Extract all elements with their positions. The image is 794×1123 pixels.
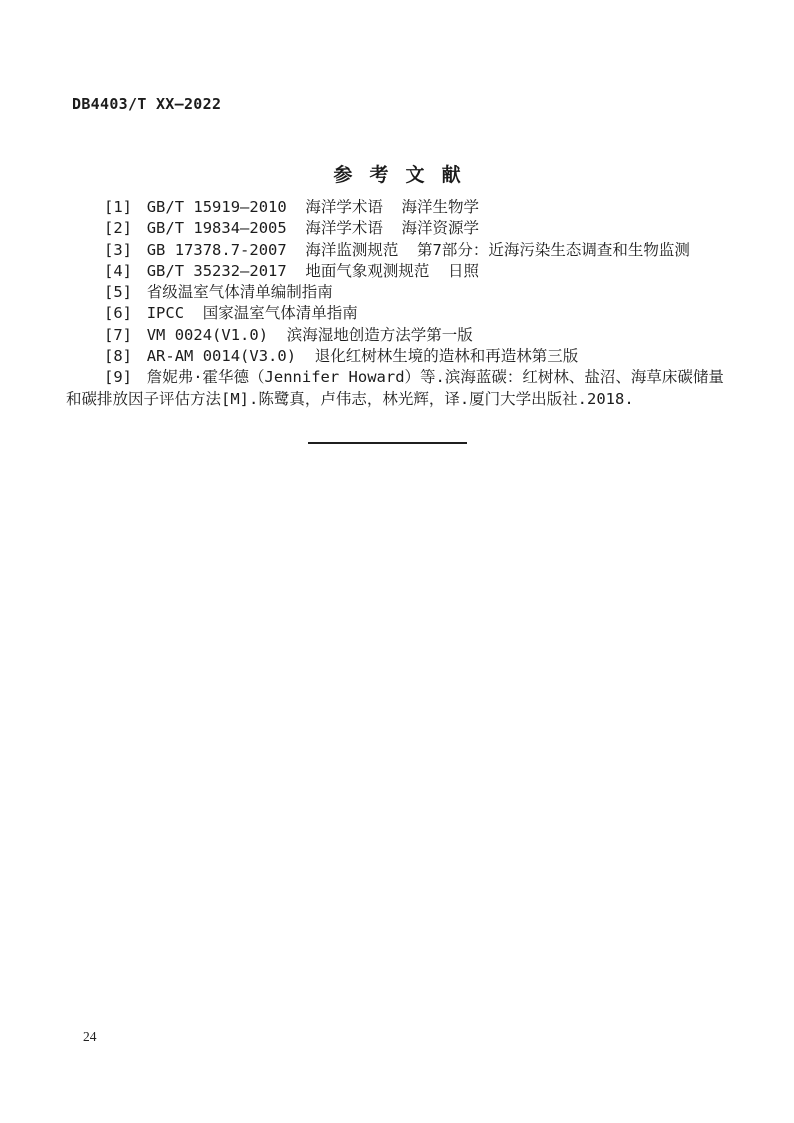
reference-number: [2] (104, 219, 132, 237)
reference-text: VM 0024(V1.0) 滨海湿地创造方法学第一版 (147, 326, 473, 344)
reference-text: AR-AM 0014(V3.0) 退化红树林生境的造林和再造林第三版 (147, 347, 578, 365)
reference-item: [8]AR-AM 0014(V3.0) 退化红树林生境的造林和再造林第三版 (66, 346, 734, 367)
reference-text: 省级温室气体清单编制指南 (147, 283, 333, 301)
reference-number: [7] (104, 326, 132, 344)
references-section-title: 参 考 文 献 (0, 160, 794, 187)
reference-number: [8] (104, 347, 132, 365)
reference-text: GB/T 15919—2010 海洋学术语 海洋生物学 (147, 198, 479, 216)
reference-number: [9] (104, 368, 132, 386)
page-number: 24 (83, 1029, 97, 1045)
reference-text: GB/T 35232—2017 地面气象观测规范 日照 (147, 262, 479, 280)
reference-text: IPCC 国家温室气体清单指南 (147, 304, 358, 322)
reference-list: [1]GB/T 15919—2010 海洋学术语 海洋生物学 [2]GB/T 1… (66, 197, 734, 410)
reference-number: [5] (104, 283, 132, 301)
reference-item: [9]詹妮弗·霍华德（Jennifer Howard）等.滨海蓝碳：红树林、盐沼… (66, 367, 734, 410)
reference-number: [1] (104, 198, 132, 216)
end-of-document-rule (308, 442, 467, 444)
reference-item: [4]GB/T 35232—2017 地面气象观测规范 日照 (66, 261, 734, 282)
reference-text: GB 17378.7-2007 海洋监测规范 第7部分：近海污染生态调查和生物监… (147, 241, 690, 259)
reference-item: [5]省级温室气体清单编制指南 (66, 282, 734, 303)
reference-text: 詹妮弗·霍华德（Jennifer Howard）等.滨海蓝碳：红树林、盐沼、海草… (66, 368, 724, 407)
document-code-header: DB4403/T XX—2022 (72, 95, 221, 113)
reference-item: [7]VM 0024(V1.0) 滨海湿地创造方法学第一版 (66, 325, 734, 346)
reference-number: [3] (104, 241, 132, 259)
reference-number: [4] (104, 262, 132, 280)
reference-item: [6]IPCC 国家温室气体清单指南 (66, 303, 734, 324)
reference-item: [2]GB/T 19834—2005 海洋学术语 海洋资源学 (66, 218, 734, 239)
reference-number: [6] (104, 304, 132, 322)
reference-item: [1]GB/T 15919—2010 海洋学术语 海洋生物学 (66, 197, 734, 218)
reference-item: [3]GB 17378.7-2007 海洋监测规范 第7部分：近海污染生态调查和… (66, 240, 734, 261)
reference-text: GB/T 19834—2005 海洋学术语 海洋资源学 (147, 219, 479, 237)
